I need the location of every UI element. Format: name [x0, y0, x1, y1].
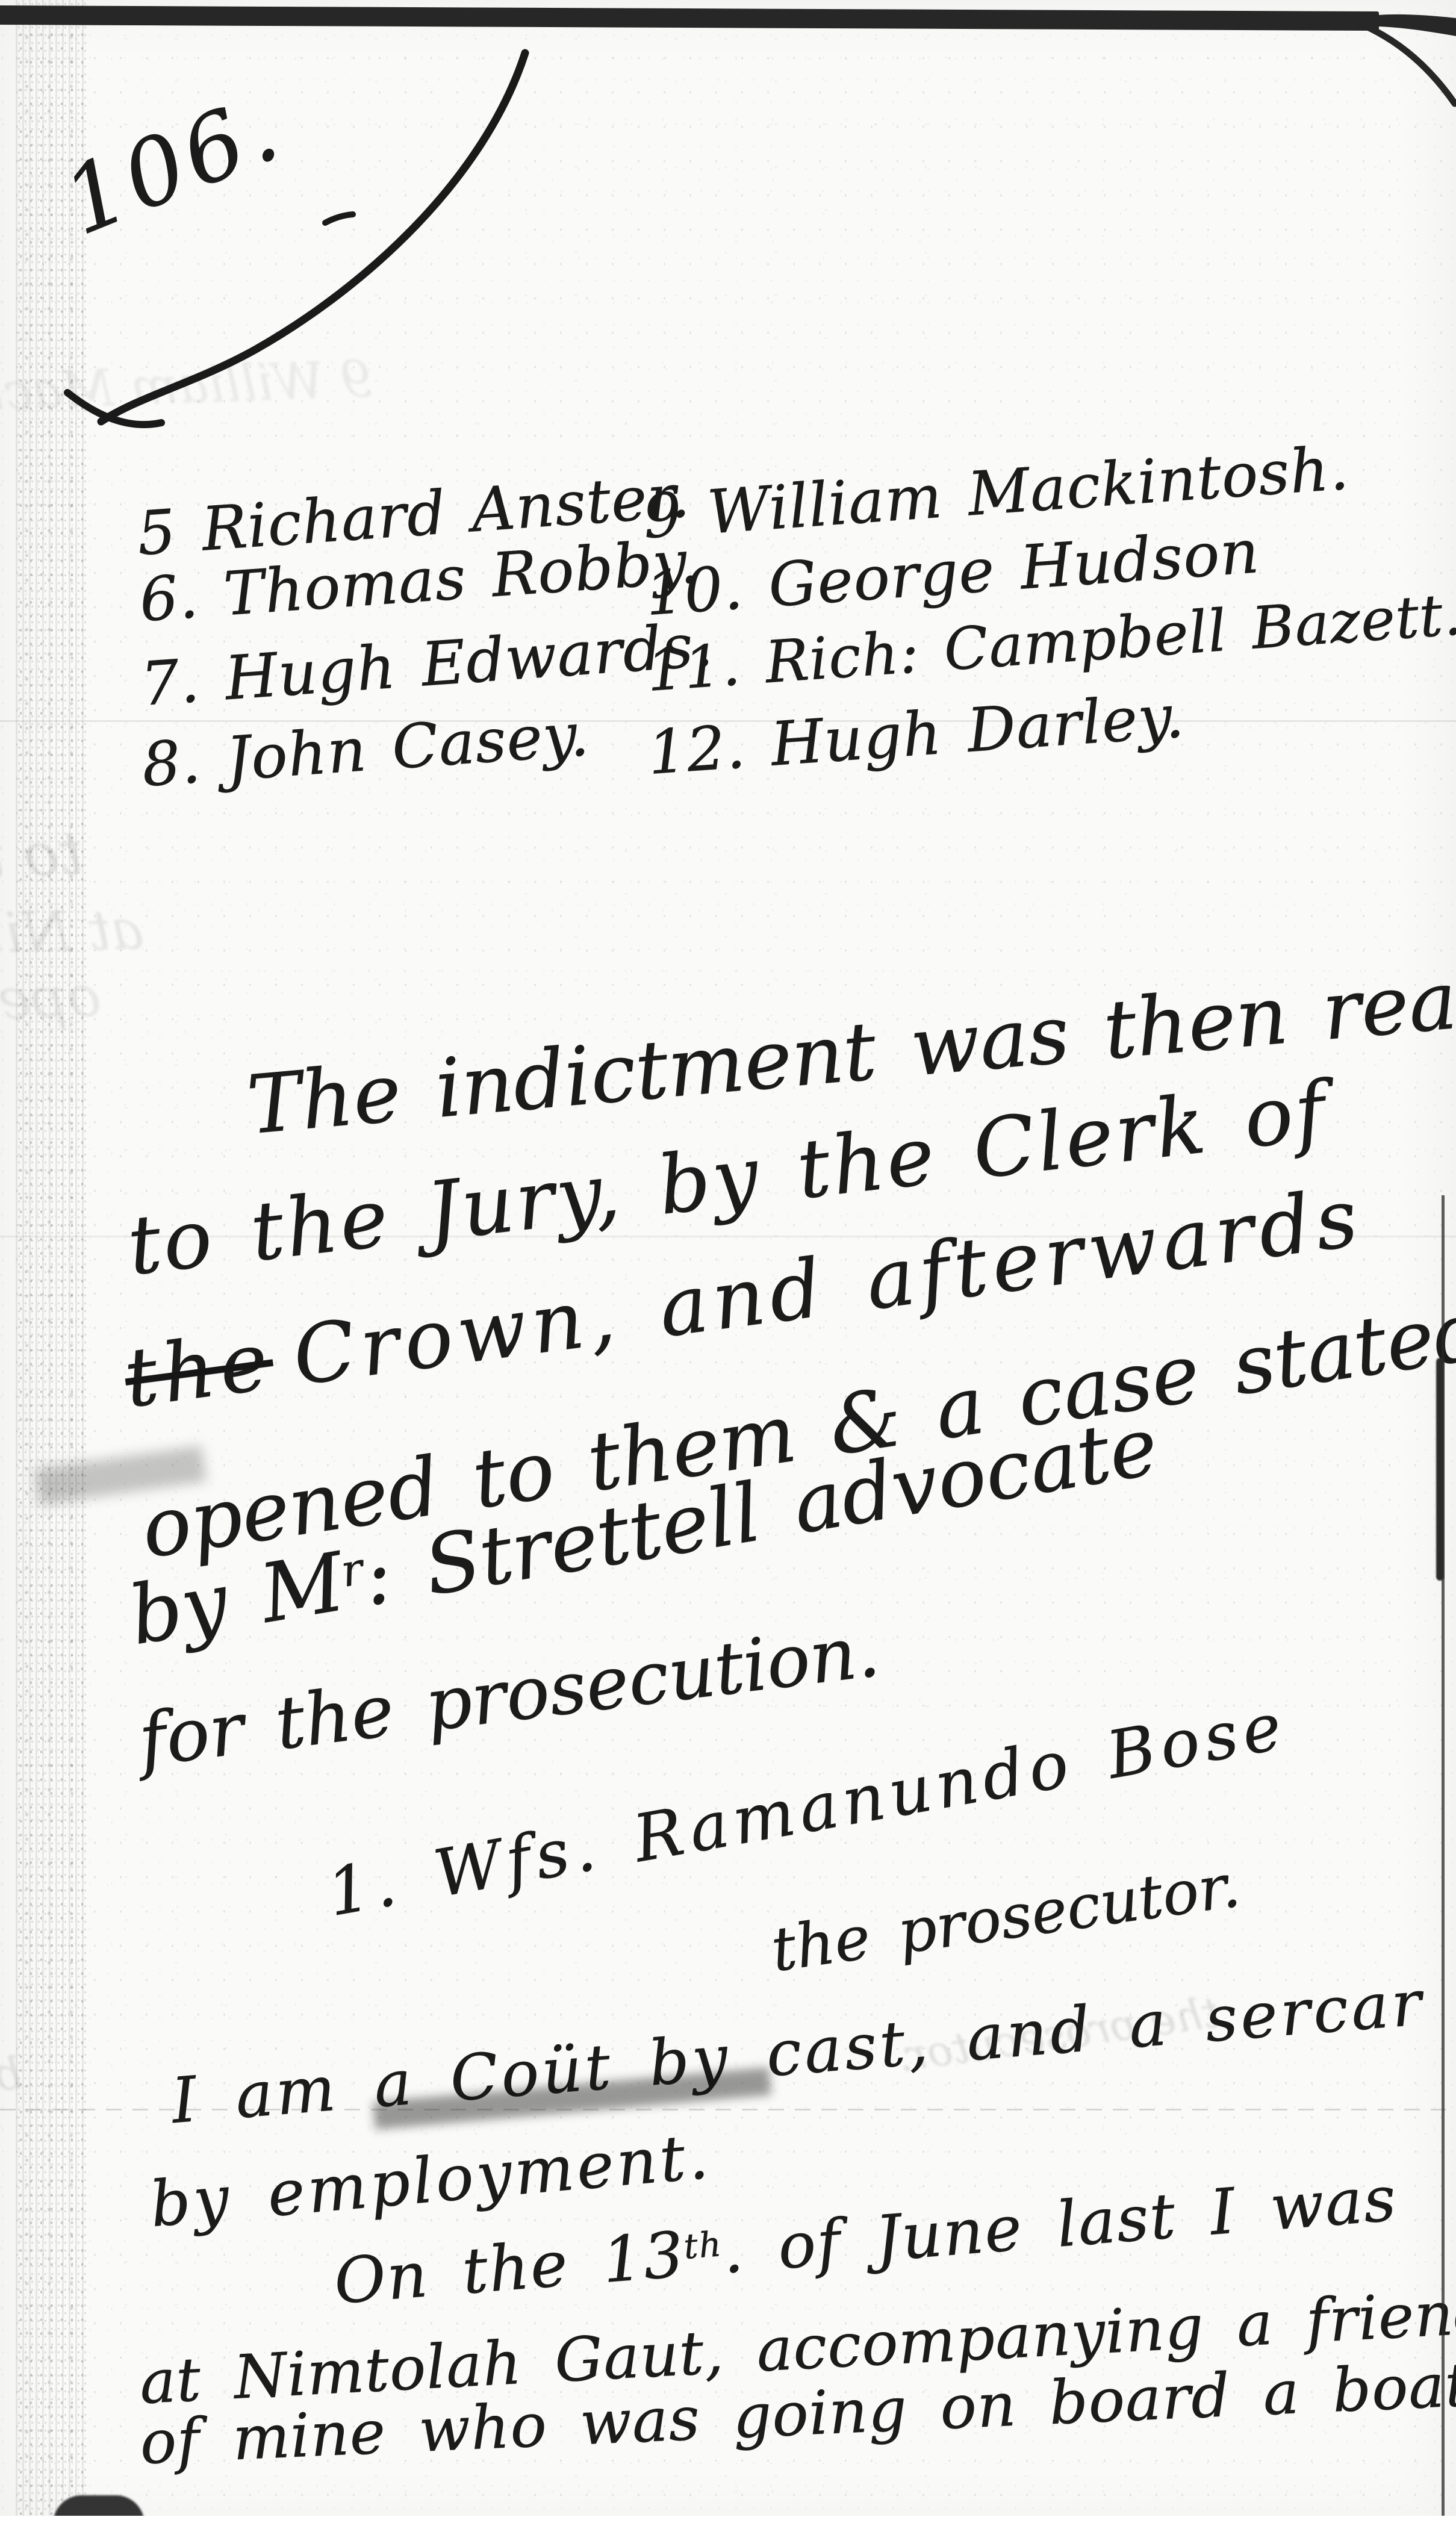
struck-word: the: [119, 1313, 279, 1426]
line-text: . of June last I was: [720, 2162, 1399, 2288]
superscript: th: [682, 2224, 724, 2267]
testimony-line-1: I am a Coüt by cast, and a sercar: [169, 1966, 1426, 2138]
manuscript-page: 106. 9 William Mackintosh. to the Jury, …: [0, 0, 1456, 2529]
line-text: On the 13: [331, 2218, 687, 2318]
top-scan-bar-tail: [1265, 0, 1456, 132]
witness-heading-line-2: the prosecutor.: [767, 1850, 1244, 1985]
right-edge-blotch: [1436, 1358, 1444, 1581]
bottom-scan-strip: [0, 2516, 1456, 2529]
